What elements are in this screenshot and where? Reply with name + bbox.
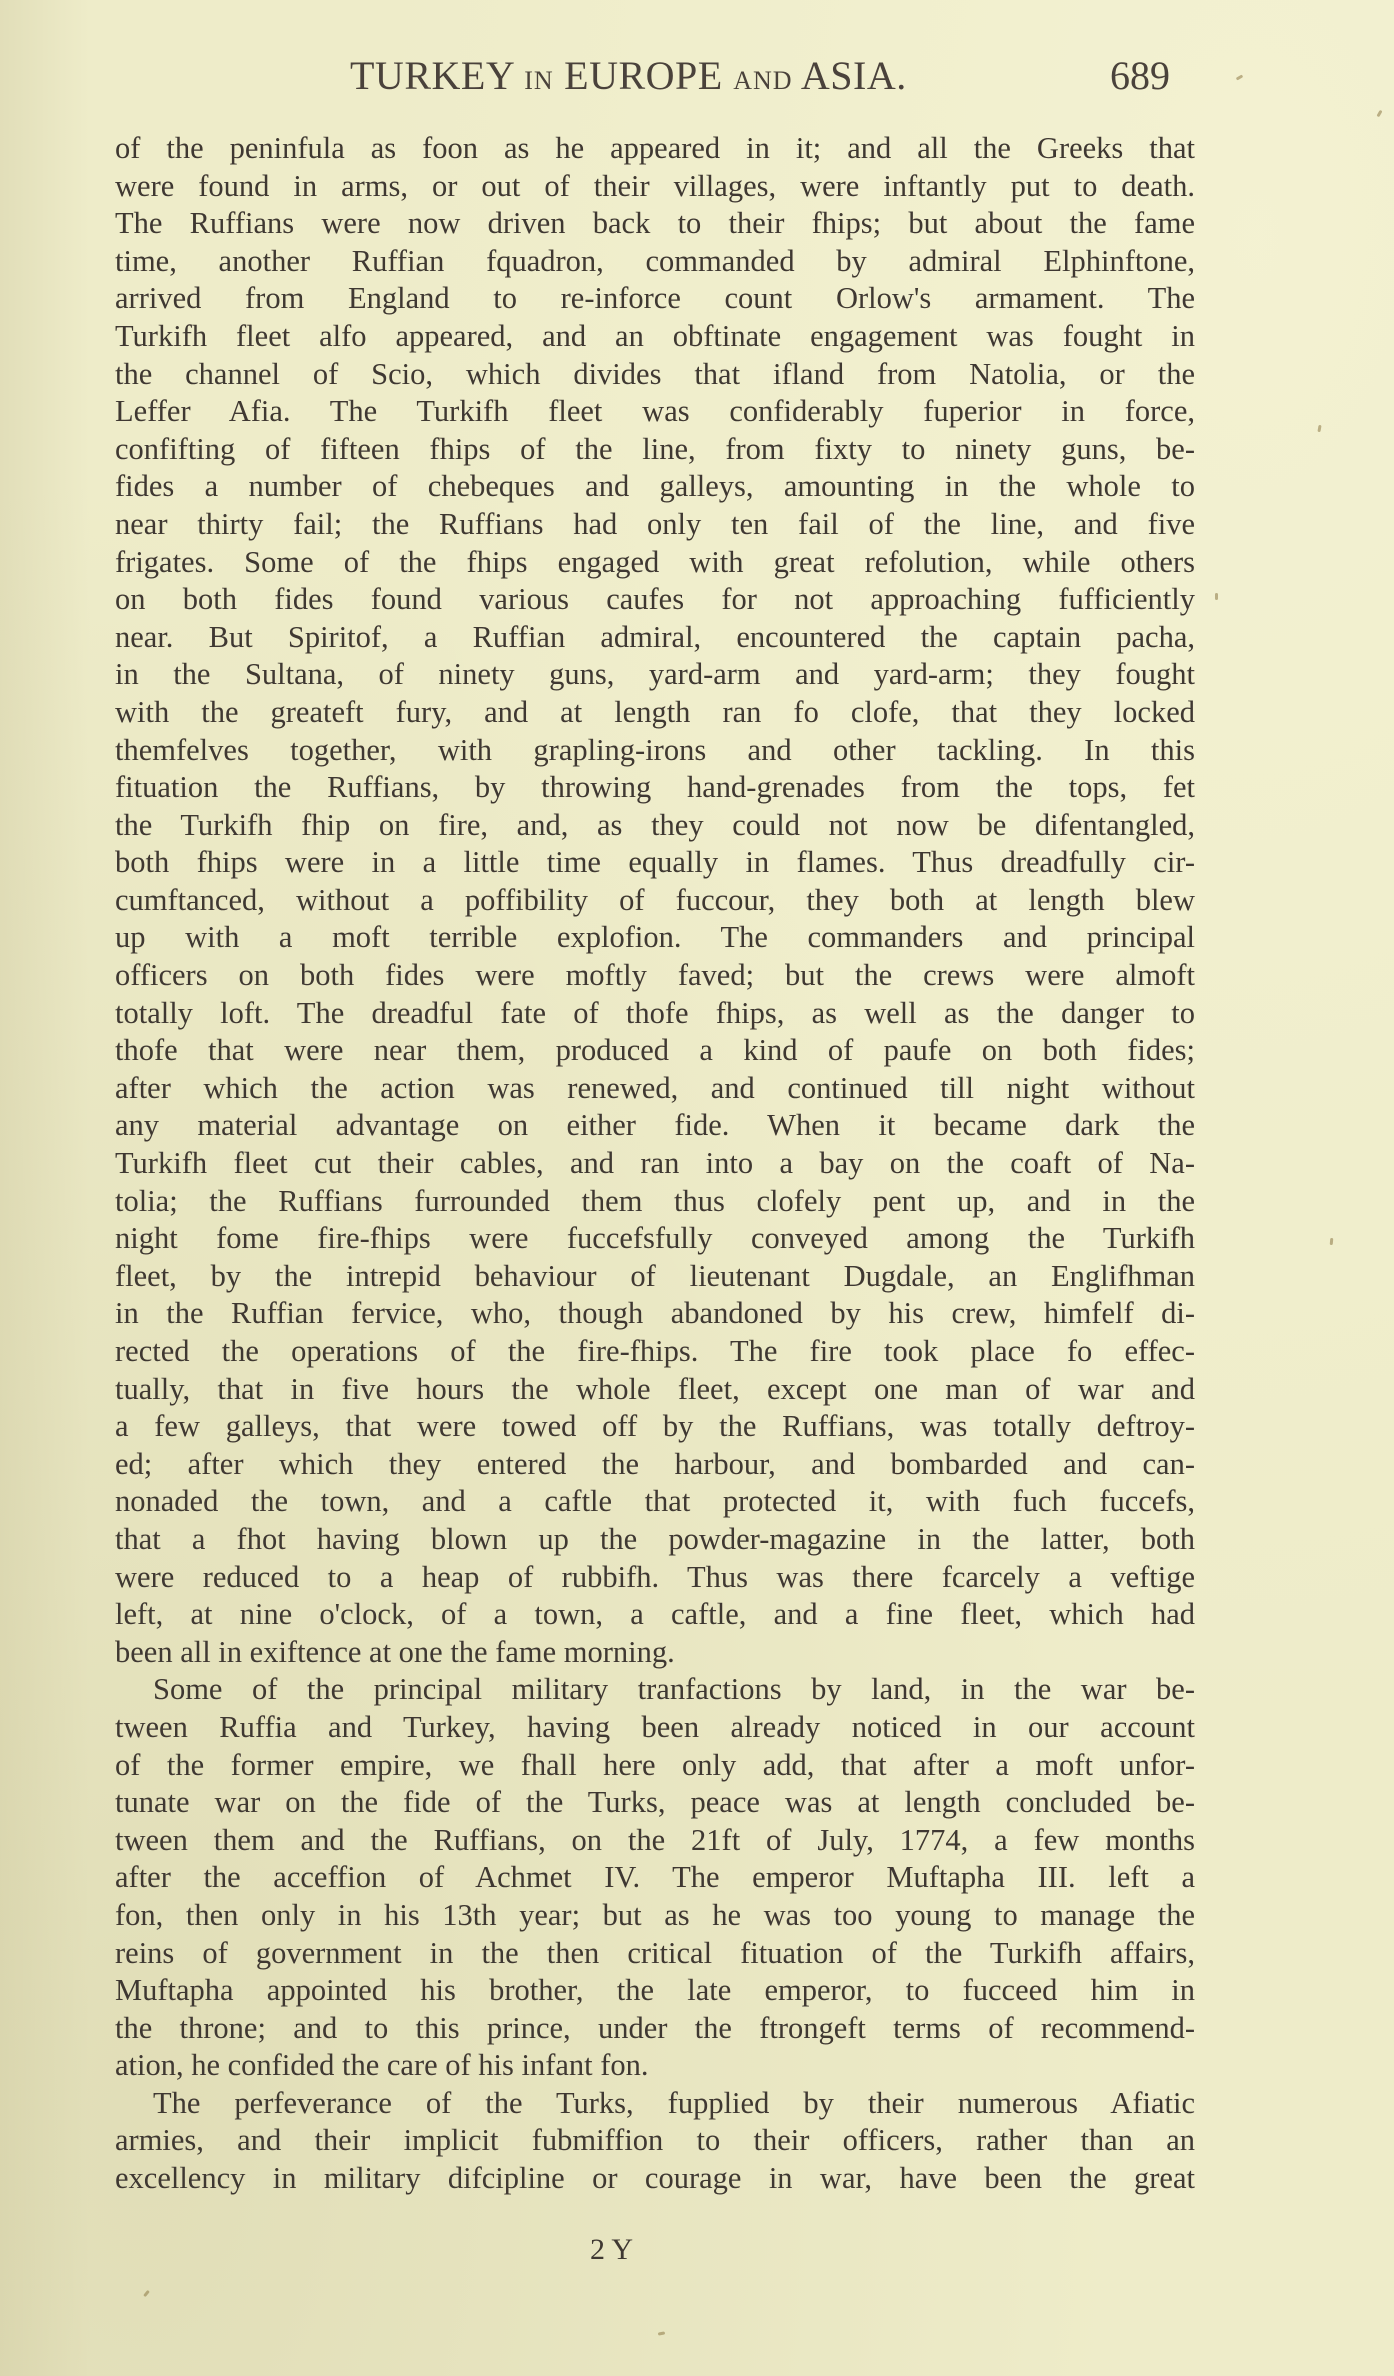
text-line: thofe that were near them, produced a ki… (115, 1032, 1195, 1070)
paper-speck (1376, 110, 1382, 118)
title-word: TURKEY (350, 53, 514, 98)
signature-mark: 2 Y (590, 2233, 633, 2267)
page-number: 689 (1110, 52, 1170, 99)
text-line: tunate war on the fide of the Turks, pea… (115, 1784, 1195, 1822)
text-line: Leffer Afia. The Turkifh fleet was confi… (115, 393, 1195, 431)
text-line: the throne; and to this prince, under th… (115, 2010, 1195, 2048)
paragraph: Some of the principal military tranfacti… (115, 1671, 1195, 2085)
text-line: that a fhot having blown up the powder-m… (115, 1521, 1195, 1559)
text-line: been all in exiftence at one the fame mo… (115, 1634, 1195, 1672)
body-text: of the peninfula as foon as he appeared … (115, 130, 1195, 2198)
text-line: with the greateft fury, and at length ra… (115, 694, 1195, 732)
text-line: The Ruffians were now driven back to the… (115, 205, 1195, 243)
text-line: both fhips were in a little time equally… (115, 844, 1195, 882)
text-line: on both fides found various caufes for n… (115, 581, 1195, 619)
running-head: TURKEY IN EUROPE AND ASIA. 689 (350, 52, 1170, 102)
text-line: fides a number of chebeques and galleys,… (115, 468, 1195, 506)
text-line: up with a moft terrible explofion. The c… (115, 919, 1195, 957)
text-line: armies, and their implicit fubmiffion to… (115, 2122, 1195, 2160)
title-word: ASIA. (801, 53, 907, 98)
text-line: the channel of Scio, which divides that … (115, 356, 1195, 394)
text-line: ation, he confided the care of his infan… (115, 2047, 1195, 2085)
text-line: of the peninfula as foon as he appeared … (115, 130, 1195, 168)
text-line: tween Ruffia and Turkey, having been alr… (115, 1709, 1195, 1747)
paper-speck (1215, 593, 1218, 600)
text-line: rected the operations of the fire-fhips.… (115, 1333, 1195, 1371)
paper-speck (658, 2331, 665, 2335)
text-line: any material advantage on either fide. W… (115, 1107, 1195, 1145)
paper-speck (143, 2290, 150, 2297)
text-line: totally loft. The dreadful fate of thofe… (115, 995, 1195, 1033)
text-line: frigates. Some of the fhips engaged with… (115, 544, 1195, 582)
text-line: night fome fire-fhips were fuccefsfully … (115, 1220, 1195, 1258)
text-line: were found in arms, or out of their vill… (115, 168, 1195, 206)
paragraph: The perfeverance of the Turks, fupplied … (115, 2085, 1195, 2198)
text-line: in the Ruffian fervice, who, though aban… (115, 1295, 1195, 1333)
text-line: Some of the principal military tranfacti… (115, 1671, 1195, 1709)
paper-speck (1317, 425, 1321, 432)
text-line: themfelves together, with grapling-irons… (115, 732, 1195, 770)
title-word: AND (733, 66, 792, 95)
text-line: nonaded the town, and a caftle that prot… (115, 1483, 1195, 1521)
text-line: of the former empire, we fhall here only… (115, 1747, 1195, 1785)
book-page: TURKEY IN EUROPE AND ASIA. 689 of the pe… (0, 0, 1394, 2376)
text-line: Muftapha appointed his brother, the late… (115, 1972, 1195, 2010)
text-line: a few galleys, that were towed off by th… (115, 1408, 1195, 1446)
text-line: The perfeverance of the Turks, fupplied … (115, 2085, 1195, 2123)
text-line: tolia; the Ruffians furrounded them thus… (115, 1183, 1195, 1221)
text-line: near thirty fail; the Ruffians had only … (115, 506, 1195, 544)
text-line: the Turkifh fhip on fire, and, as they c… (115, 807, 1195, 845)
text-line: fleet, by the intrepid behaviour of lieu… (115, 1258, 1195, 1296)
paragraph: of the peninfula as foon as he appeared … (115, 130, 1195, 1671)
text-line: Turkifh fleet cut their cables, and ran … (115, 1145, 1195, 1183)
text-line: near. But Spiritof, a Ruffian admiral, e… (115, 619, 1195, 657)
text-line: after which the action was renewed, and … (115, 1070, 1195, 1108)
text-line: fituation the Ruffians, by throwing hand… (115, 769, 1195, 807)
text-line: tually, that in five hours the whole fle… (115, 1371, 1195, 1409)
text-line: officers on both fides were moftly faved… (115, 957, 1195, 995)
text-line: time, another Ruffian fquadron, commande… (115, 243, 1195, 281)
paper-speck (1330, 1238, 1334, 1245)
text-line: reins of government in the then critical… (115, 1935, 1195, 1973)
text-line: Turkifh fleet alfo appeared, and an obft… (115, 318, 1195, 356)
text-line: after the acceffion of Achmet IV. The em… (115, 1859, 1195, 1897)
running-title: TURKEY IN EUROPE AND ASIA. (350, 52, 907, 99)
title-word: EUROPE (564, 53, 723, 98)
text-line: excellency in military difcipline or cou… (115, 2160, 1195, 2198)
paper-speck (1236, 74, 1244, 80)
text-line: left, at nine o'clock, of a town, a caft… (115, 1596, 1195, 1634)
text-line: fon, then only in his 13th year; but as … (115, 1897, 1195, 1935)
title-word: IN (524, 66, 553, 95)
text-line: ed; after which they entered the harbour… (115, 1446, 1195, 1484)
text-line: tween them and the Ruffians, on the 21ft… (115, 1822, 1195, 1860)
text-line: cumftanced, without a poffibility of fuc… (115, 882, 1195, 920)
text-line: were reduced to a heap of rubbifh. Thus … (115, 1559, 1195, 1597)
text-line: confifting of fifteen fhips of the line,… (115, 431, 1195, 469)
text-line: arrived from England to re-inforce count… (115, 280, 1195, 318)
text-line: in the Sultana, of ninety guns, yard-arm… (115, 656, 1195, 694)
